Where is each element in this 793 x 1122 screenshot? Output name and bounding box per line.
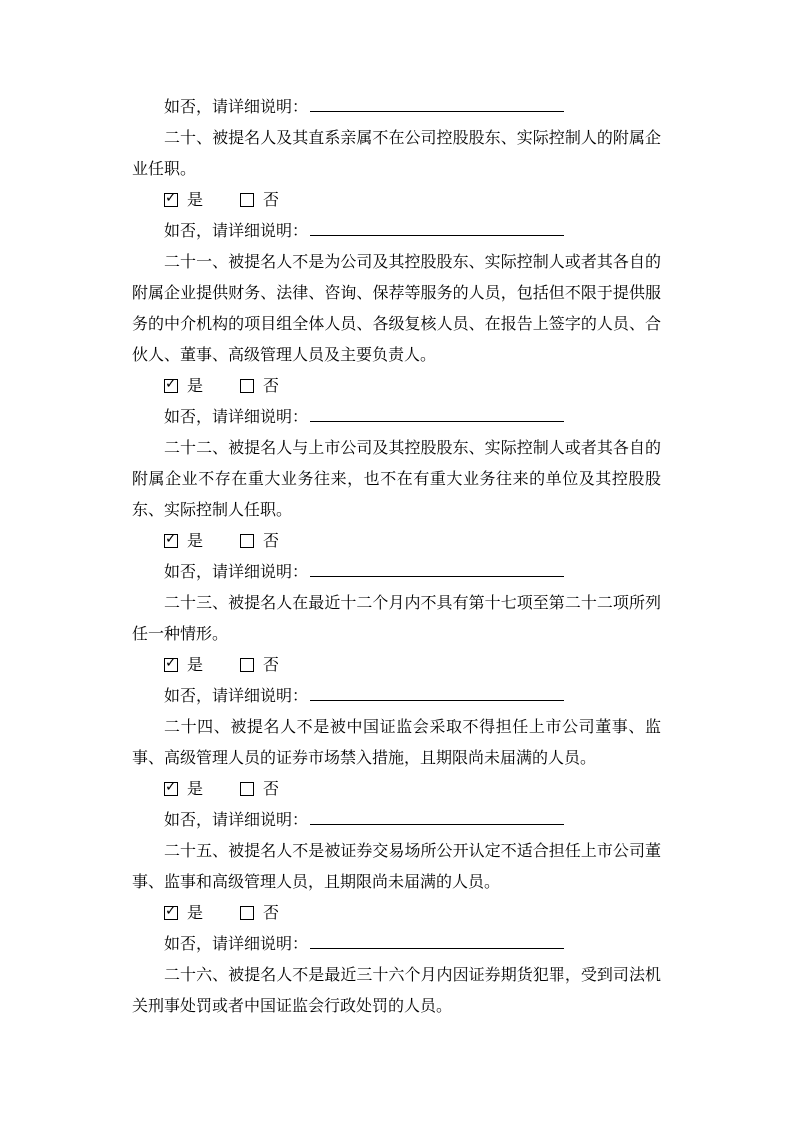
yes-checkbox[interactable]: ✓	[164, 906, 178, 920]
item-number: 二十二、	[164, 440, 228, 457]
item-statement: 二十六、被提名人不是最近三十六个月内因证券期货犯罪，受到司法机关刑事处罚或者中国…	[132, 960, 661, 1022]
yes-label: 是	[187, 192, 203, 209]
answer-row: ✓是✓否	[132, 371, 661, 402]
detail-row: 如否，请详细说明：	[132, 92, 661, 123]
answer-row: ✓是✓否	[132, 526, 661, 557]
no-label: 否	[263, 192, 279, 209]
item-statement: 二十一、被提名人不是为公司及其控股股东、实际控制人或者其各自的附属企业提供财务、…	[132, 247, 661, 371]
no-label: 否	[263, 657, 279, 674]
detail-prompt: 如否，请详细说明：	[164, 688, 308, 705]
no-checkbox[interactable]: ✓	[240, 658, 254, 672]
check-icon: ✓	[165, 654, 177, 672]
yes-label: 是	[187, 378, 203, 395]
check-icon: ✓	[165, 778, 177, 796]
answer-row: ✓是✓否	[132, 774, 661, 805]
detail-prompt: 如否，请详细说明：	[164, 936, 308, 953]
item-statement: 二十二、被提名人与上市公司及其控股股东、实际控制人或者其各自的附属企业不存在重大…	[132, 433, 661, 526]
check-icon: ✓	[165, 902, 177, 920]
detail-prompt: 如否，请详细说明：	[164, 812, 308, 829]
questionnaire-item-26: 二十六、被提名人不是最近三十六个月内因证券期货犯罪，受到司法机关刑事处罚或者中国…	[132, 960, 661, 1022]
no-label: 否	[263, 905, 279, 922]
no-label: 否	[263, 533, 279, 550]
detail-row: 如否，请详细说明：	[132, 216, 661, 247]
questionnaire-item-20: 二十、被提名人及其直系亲属不在公司控股股东、实际控制人的附属企业任职。 ✓是✓否…	[132, 123, 661, 247]
no-checkbox[interactable]: ✓	[240, 193, 254, 207]
detail-blank-line[interactable]	[310, 810, 564, 825]
detail-row: 如否，请详细说明：	[132, 929, 661, 960]
item-number: 二十五、	[164, 843, 228, 860]
detail-prompt: 如否，请详细说明：	[164, 223, 308, 240]
check-icon: ✓	[165, 189, 177, 207]
document-page: 如否，请详细说明： 二十、被提名人及其直系亲属不在公司控股股东、实际控制人的附属…	[0, 0, 793, 1122]
detail-prompt: 如否，请详细说明：	[164, 409, 308, 426]
yes-checkbox[interactable]: ✓	[164, 658, 178, 672]
yes-label: 是	[187, 657, 203, 674]
answer-row: ✓是✓否	[132, 898, 661, 929]
item-number: 二十六、	[164, 967, 228, 984]
questionnaire-item-24: 二十四、被提名人不是被中国证监会采取不得担任上市公司董事、监事、高级管理人员的证…	[132, 712, 661, 836]
item-statement: 二十五、被提名人不是被证券交易场所公开认定不适合担任上市公司董事、监事和高级管理…	[132, 836, 661, 898]
item-statement: 二十三、被提名人在最近十二个月内不具有第十七项至第二十二项所列任一种情形。	[132, 588, 661, 650]
yes-checkbox[interactable]: ✓	[164, 193, 178, 207]
no-label: 否	[263, 378, 279, 395]
item-number: 二十三、	[164, 595, 228, 612]
no-checkbox[interactable]: ✓	[240, 906, 254, 920]
no-checkbox[interactable]: ✓	[240, 379, 254, 393]
no-checkbox[interactable]: ✓	[240, 534, 254, 548]
detail-blank-line[interactable]	[310, 407, 564, 422]
yes-checkbox[interactable]: ✓	[164, 534, 178, 548]
detail-prompt: 如否，请详细说明：	[164, 99, 308, 116]
check-icon: ✓	[165, 375, 177, 393]
detail-row: 如否，请详细说明：	[132, 402, 661, 433]
detail-blank-line[interactable]	[310, 686, 564, 701]
item-statement: 二十四、被提名人不是被中国证监会采取不得担任上市公司董事、监事、高级管理人员的证…	[132, 712, 661, 774]
questionnaire-item-21: 二十一、被提名人不是为公司及其控股股东、实际控制人或者其各自的附属企业提供财务、…	[132, 247, 661, 433]
questionnaire-item-23: 二十三、被提名人在最近十二个月内不具有第十七项至第二十二项所列任一种情形。 ✓是…	[132, 588, 661, 712]
item-number: 二十一、	[164, 254, 228, 271]
detail-blank-line[interactable]	[310, 97, 564, 112]
item-number: 二十四、	[164, 719, 230, 736]
no-label: 否	[263, 781, 279, 798]
yes-label: 是	[187, 905, 203, 922]
detail-prompt: 如否，请详细说明：	[164, 564, 308, 581]
detail-row: 如否，请详细说明：	[132, 557, 661, 588]
detail-blank-line[interactable]	[310, 221, 564, 236]
detail-row: 如否，请详细说明：	[132, 805, 661, 836]
detail-blank-line[interactable]	[310, 934, 564, 949]
no-checkbox[interactable]: ✓	[240, 782, 254, 796]
item-text: 被提名人及其直系亲属不在公司控股股东、实际控制人的附属企业任职。	[132, 130, 661, 178]
detail-row: 如否，请详细说明：	[132, 681, 661, 712]
item-statement: 二十、被提名人及其直系亲属不在公司控股股东、实际控制人的附属企业任职。	[132, 123, 661, 185]
yes-checkbox[interactable]: ✓	[164, 379, 178, 393]
yes-label: 是	[187, 781, 203, 798]
yes-label: 是	[187, 533, 203, 550]
item-number: 二十、	[164, 130, 212, 147]
yes-checkbox[interactable]: ✓	[164, 782, 178, 796]
questionnaire-item-25: 二十五、被提名人不是被证券交易场所公开认定不适合担任上市公司董事、监事和高级管理…	[132, 836, 661, 960]
check-icon: ✓	[165, 530, 177, 548]
questionnaire-item-22: 二十二、被提名人与上市公司及其控股股东、实际控制人或者其各自的附属企业不存在重大…	[132, 433, 661, 588]
answer-row: ✓是✓否	[132, 650, 661, 681]
detail-blank-line[interactable]	[310, 562, 564, 577]
answer-row: ✓是✓否	[132, 185, 661, 216]
